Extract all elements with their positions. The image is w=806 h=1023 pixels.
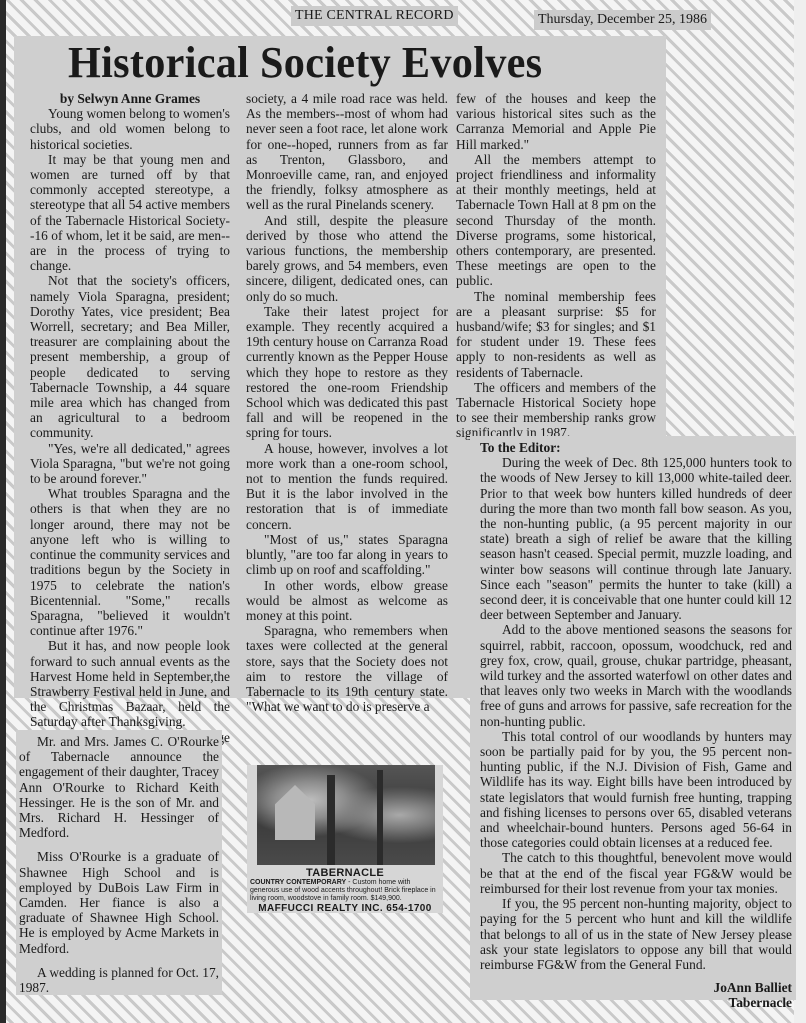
paragraph: During the week of Dec. 8th 125,000 hunt… (480, 455, 792, 622)
paragraph: Young women belong to women's clubs, and… (30, 106, 230, 152)
engagement-clipping: Mr. and Mrs. James C. O'Rourke of Tabern… (16, 730, 222, 995)
paragraph: In other words, elbow grease would be al… (246, 578, 448, 624)
signature-place: Tabernacle (480, 995, 792, 1010)
paragraph: All the members attempt to project frien… (456, 152, 656, 289)
article-column-3: few of the houses and keep the various h… (456, 91, 656, 441)
paragraph: society, a 4 mile road race was held. As… (246, 91, 448, 213)
paragraph: And still, despite the pleasure derived … (246, 213, 448, 304)
paragraph: A house, however, involves a lot more wo… (246, 441, 448, 532)
paragraph: What troubles Sparagna and the others is… (30, 486, 230, 638)
signature-name: JoAnn Balliet (480, 980, 792, 995)
paragraph: few of the houses and keep the various h… (456, 91, 656, 152)
paragraph: A wedding is planned for Oct. 17, 1987. (19, 965, 219, 995)
byline: by Selwyn Anne Grames (30, 91, 230, 106)
ad-town: TABERNACLE (247, 867, 443, 879)
letter-heading: To the Editor: (480, 440, 792, 455)
article-clipping-continued: few of the houses and keep the various h… (450, 88, 666, 438)
tree-trunk-icon (377, 770, 383, 865)
issue-date: Thursday, December 25, 1986 (534, 10, 711, 30)
paragraph: It may be that young men and women are t… (30, 152, 230, 274)
paragraph: If you, the 95 percent non-hunting major… (480, 896, 792, 972)
paragraph: "Most of us," states Sparagna bluntly, "… (246, 532, 448, 578)
paragraph: Mr. and Mrs. James C. O'Rourke of Tabern… (19, 734, 219, 840)
page-edge-rule (0, 0, 6, 1023)
ad-headline: COUNTRY CONTEMPORARY (250, 879, 346, 886)
paragraph: Not that the society's officers, namely … (30, 273, 230, 440)
tree-trunk-icon (327, 775, 335, 865)
letter-to-editor-clipping: To the Editor: During the week of Dec. 8… (470, 436, 796, 1000)
house-photo-icon (257, 765, 435, 865)
paragraph: "Yes, we're all dedicated," agrees Viola… (30, 441, 230, 487)
paragraph: This total control of our woodlands by h… (480, 729, 792, 851)
paragraph: Add to the above mentioned seasons the s… (480, 622, 792, 728)
ad-agent: MAFFUCCI REALTY INC. 654-1700 (247, 903, 443, 914)
paragraph: Take their latest project for example. T… (246, 304, 448, 441)
paragraph: The officers and members of the Tabernac… (456, 380, 656, 441)
letter-body: To the Editor: During the week of Dec. 8… (480, 440, 792, 1011)
article-column-1: by Selwyn Anne Grames Young women belong… (30, 91, 230, 760)
paragraph: The nominal membership fees are a pleasa… (456, 289, 656, 380)
paragraph: Miss O'Rourke is a graduate of Shawnee H… (19, 849, 219, 955)
paragraph: Sparagna, who remembers when taxes were … (246, 623, 448, 714)
ad-description: COUNTRY CONTEMPORARY - Custom home with … (250, 879, 440, 903)
house-icon (275, 785, 315, 840)
engagement-body: Mr. and Mrs. James C. O'Rourke of Tabern… (19, 734, 219, 995)
realty-ad-clipping: TABERNACLE COUNTRY CONTEMPORARY - Custom… (247, 765, 443, 913)
headline-clipping: Historical Society Evolves (14, 36, 666, 88)
paragraph: But it has, and now people look forward … (30, 638, 230, 729)
article-column-2: society, a 4 mile road race was held. As… (246, 91, 448, 714)
newspaper-name: THE CENTRAL RECORD (291, 6, 458, 26)
article-headline: Historical Society Evolves (68, 36, 542, 90)
paragraph: The catch to this thoughtful, benevolent… (480, 850, 792, 896)
